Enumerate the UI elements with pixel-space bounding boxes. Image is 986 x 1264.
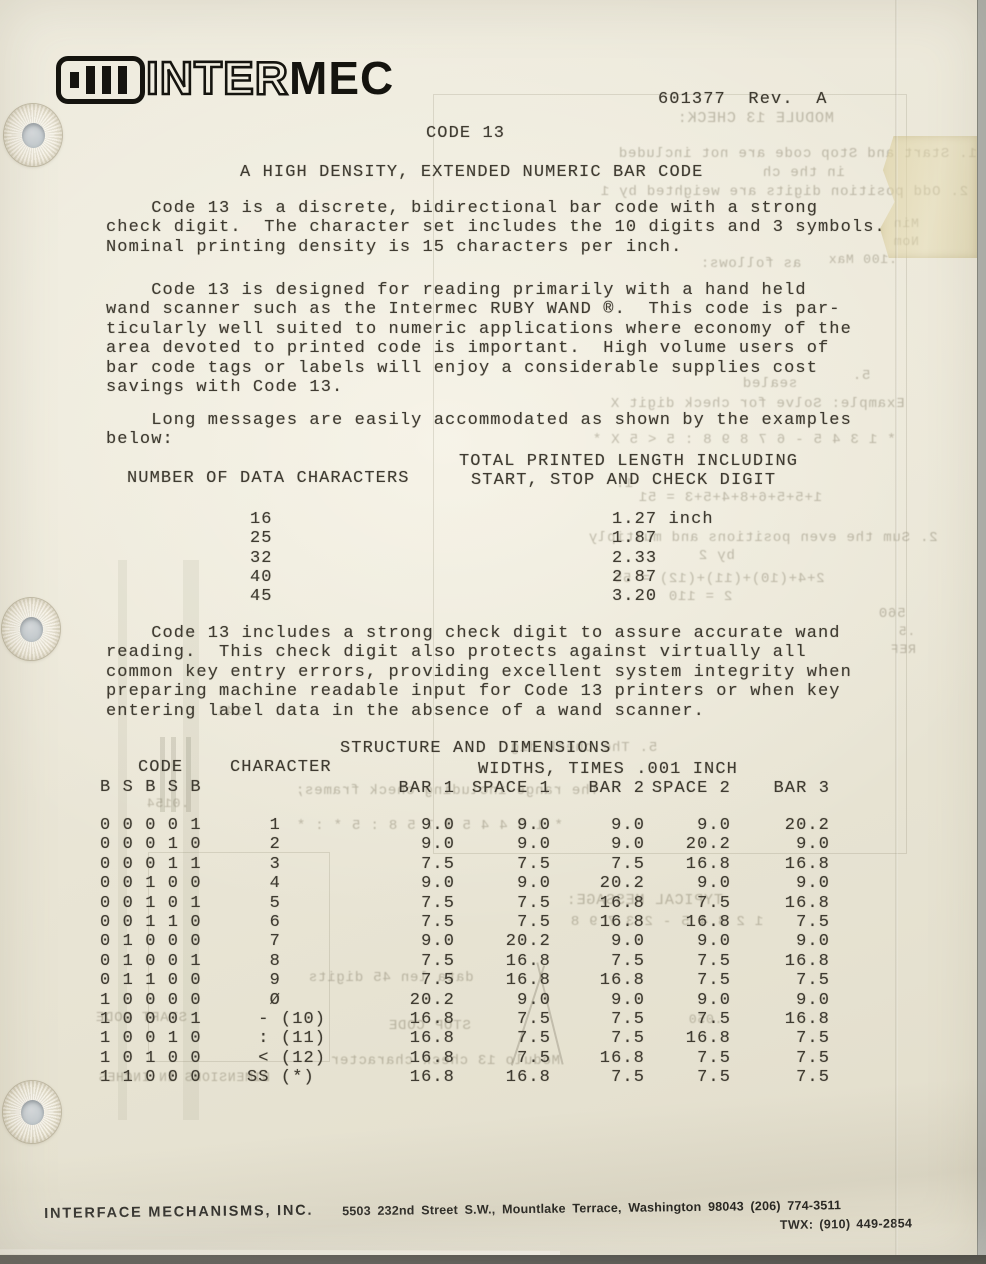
- code-bits-cell: 0 0 1 0 0: [100, 874, 202, 893]
- examples-table-row: 322.33: [0, 549, 986, 568]
- data-characters-cell: 16: [250, 510, 273, 529]
- structure-widths-label: WIDTHS, TIMES .001 INCH: [478, 760, 738, 779]
- structure-column-header: SPACE 1: [461, 779, 551, 798]
- width-value-cell: 9.0: [461, 991, 551, 1010]
- width-value-cell: 9.0: [740, 932, 830, 951]
- logo-bar: [86, 66, 95, 94]
- width-value-cell: 9.0: [641, 816, 731, 835]
- examples-table-row: 251.87: [0, 529, 986, 548]
- width-value-cell: 7.5: [461, 855, 551, 874]
- footer-twx-number: TWX: (910) 449-2854: [780, 1216, 913, 1232]
- structure-table-row: 0 1 1 0 0 97.516.816.87.57.5: [0, 971, 986, 990]
- width-value-cell: 9.0: [555, 932, 645, 951]
- width-value-cell: 7.5: [365, 894, 455, 913]
- data-characters-cell: 45: [250, 587, 273, 606]
- structure-table-row: 0 0 0 1 1 37.57.57.516.816.8: [0, 855, 986, 874]
- code-bits-cell: 1 0 1 0 0: [100, 1049, 202, 1068]
- structure-table-row: 0 0 0 0 1 19.09.09.09.020.2: [0, 816, 986, 835]
- code-bits-cell: 0 0 0 1 1: [100, 855, 202, 874]
- width-value-cell: 9.0: [740, 835, 830, 854]
- structure-table-row: 1 0 0 0 0 Ø20.29.09.09.09.0: [0, 991, 986, 1010]
- bleedthrough-text: Example: Solve for check digit X: [610, 396, 904, 412]
- character-cell: : (11): [247, 1029, 326, 1048]
- width-value-cell: 20.2: [555, 874, 645, 893]
- page-title: CODE 13: [426, 124, 505, 143]
- structure-table-row: 1 0 0 0 1 - (10)16.87.57.57.516.8: [0, 1010, 986, 1029]
- width-value-cell: 16.8: [365, 1049, 455, 1068]
- punch-hole-opening: [20, 617, 43, 642]
- bleedthrough-text: in the ch: [762, 165, 845, 181]
- character-cell: 2: [247, 835, 281, 854]
- width-value-cell: 7.5: [641, 1068, 731, 1087]
- bleedthrough-text: as follows:: [700, 256, 801, 272]
- paragraph-intro: Code 13 is a discrete, bidirectional bar…: [106, 199, 886, 257]
- bleedthrough-text: .0154: [146, 796, 189, 811]
- width-value-cell: 7.5: [461, 913, 551, 932]
- paragraph-check-digit: Code 13 includes a strong check digit to…: [106, 624, 852, 721]
- width-value-cell: 16.8: [461, 1068, 551, 1087]
- page-crease: [895, 0, 898, 1264]
- width-value-cell: 9.0: [461, 874, 551, 893]
- printed-length-cell: 2.33: [612, 549, 657, 568]
- letterhead-footer: INTERFACE MECHANISMS, INC. 5503 232nd St…: [40, 1187, 920, 1198]
- structure-table-row: 1 0 1 0 0 < (12)16.87.516.87.57.5: [0, 1049, 986, 1068]
- code-bits-cell: 0 0 1 1 0: [100, 913, 202, 932]
- width-value-cell: 7.5: [641, 894, 731, 913]
- width-value-cell: 7.5: [365, 913, 455, 932]
- footer-company-name: INTERFACE MECHANISMS, INC.: [44, 1203, 313, 1222]
- punch-hole-opening: [21, 1100, 44, 1125]
- scanner-background-edge: [977, 0, 986, 1264]
- document-number: 601377 Rev. A: [658, 90, 828, 109]
- structure-table-row: 1 0 0 1 0 : (11)16.87.57.516.87.5: [0, 1029, 986, 1048]
- width-value-cell: 16.8: [740, 894, 830, 913]
- width-value-cell: 9.0: [641, 991, 731, 1010]
- structure-table-row: 1 1 0 0 0SS (*)16.816.87.57.57.5: [0, 1068, 986, 1087]
- character-cell: 9: [247, 971, 281, 990]
- footer-address: 5503 232nd Street S.W., Mountlake Terrac…: [342, 1198, 841, 1218]
- printed-length-cell: 1.87: [612, 529, 657, 548]
- code-bits-cell: 1 0 0 1 0: [100, 1029, 202, 1048]
- data-characters-cell: 25: [250, 529, 273, 548]
- bleedthrough-text: 1+5+5+6+8+4+5+3 = 51: [638, 490, 822, 506]
- width-value-cell: 16.8: [555, 913, 645, 932]
- structure-table-row: 0 1 0 0 0 79.020.29.09.09.0: [0, 932, 986, 951]
- width-value-cell: 16.8: [365, 1010, 455, 1029]
- character-cell: 4: [247, 874, 281, 893]
- width-value-cell: 20.2: [365, 991, 455, 1010]
- width-value-cell: 9.0: [555, 835, 645, 854]
- width-value-cell: 7.5: [641, 1049, 731, 1068]
- wordmark-solid-part: MEC: [289, 52, 394, 104]
- logo-bar: [70, 72, 79, 88]
- character-cell: 3: [247, 855, 281, 874]
- width-value-cell: 7.5: [641, 971, 731, 990]
- examples-header-length-line2: START, STOP AND CHECK DIGIT: [471, 471, 776, 490]
- width-value-cell: 16.8: [740, 952, 830, 971]
- structure-title: STRUCTURE AND DIMENSIONS: [340, 739, 611, 758]
- bleedthrough-text: .5: [898, 624, 915, 639]
- code-bits-cell: 0 1 1 0 0: [100, 971, 202, 990]
- width-value-cell: 9.0: [555, 816, 645, 835]
- width-value-cell: 16.8: [365, 1029, 455, 1048]
- character-cell: 8: [247, 952, 281, 971]
- code-bits-cell: 0 0 0 0 1: [100, 816, 202, 835]
- examples-table-row: 402.87: [0, 568, 986, 587]
- width-value-cell: 7.5: [365, 952, 455, 971]
- code-bits-cell: 0 1 0 0 0: [100, 932, 202, 951]
- code-bits-cell: 1 0 0 0 0: [100, 991, 202, 1010]
- structure-table-row: 0 0 0 1 0 29.09.09.020.29.0: [0, 835, 986, 854]
- width-value-cell: 16.8: [641, 913, 731, 932]
- logo-bar: [118, 66, 127, 94]
- width-value-cell: 9.0: [641, 874, 731, 893]
- examples-table-row: 161.27 inch: [0, 510, 986, 529]
- width-value-cell: 7.5: [461, 1049, 551, 1068]
- wordmark-outline-part: INTER: [146, 52, 289, 104]
- structure-column-header: BAR 3: [740, 779, 830, 798]
- code-bits-cell: 0 1 0 0 1: [100, 952, 202, 971]
- bleedthrough-text: 560: [878, 606, 906, 622]
- width-value-cell: 7.5: [555, 1068, 645, 1087]
- character-cell: SS (*): [247, 1068, 315, 1087]
- examples-header-characters: NUMBER OF DATA CHARACTERS: [127, 469, 410, 488]
- width-value-cell: 20.2: [740, 816, 830, 835]
- code-bits-cell: 1 0 0 0 1: [100, 1010, 202, 1029]
- paragraph-wand-scanner: Code 13 is designed for reading primaril…: [106, 281, 852, 397]
- punch-hole-middle: [2, 598, 60, 660]
- width-value-cell: 9.0: [555, 991, 645, 1010]
- width-value-cell: 16.8: [641, 1029, 731, 1048]
- character-cell: 1: [247, 816, 281, 835]
- width-value-cell: 20.2: [641, 835, 731, 854]
- width-value-cell: 7.5: [740, 913, 830, 932]
- structure-code-label: CODE: [138, 758, 183, 777]
- width-value-cell: 16.8: [555, 894, 645, 913]
- width-value-cell: 7.5: [641, 952, 731, 971]
- page-subtitle: A HIGH DENSITY, EXTENDED NUMERIC BAR COD…: [240, 163, 703, 182]
- bleedthrough-text: MODULE 13 CHECK:: [677, 110, 834, 127]
- width-value-cell: 9.0: [740, 874, 830, 893]
- width-value-cell: 9.0: [740, 991, 830, 1010]
- width-value-cell: 7.5: [555, 952, 645, 971]
- character-cell: - (10): [247, 1010, 326, 1029]
- structure-column-header: BAR 2: [555, 779, 645, 798]
- structure-table-row: 0 1 0 0 1 87.516.87.57.516.8: [0, 952, 986, 971]
- data-characters-cell: 40: [250, 568, 273, 587]
- bleedthrough-text: 5.: [852, 368, 870, 384]
- logo-bar: [102, 66, 111, 94]
- bleedthrough-text: REF: [890, 642, 916, 657]
- width-value-cell: 7.5: [365, 855, 455, 874]
- width-value-cell: 7.5: [641, 1010, 731, 1029]
- width-value-cell: 7.5: [555, 855, 645, 874]
- punch-hole-opening: [22, 123, 45, 148]
- width-value-cell: 9.0: [461, 816, 551, 835]
- width-value-cell: 7.5: [740, 1068, 830, 1087]
- intermec-wordmark: INTERMEC: [146, 52, 394, 104]
- width-value-cell: 7.5: [461, 1010, 551, 1029]
- printed-length-cell: 1.27 inch: [612, 510, 714, 529]
- width-value-cell: 9.0: [461, 835, 551, 854]
- width-value-cell: 7.5: [740, 1049, 830, 1068]
- width-value-cell: 16.8: [555, 1049, 645, 1068]
- width-value-cell: 7.5: [461, 1029, 551, 1048]
- width-value-cell: 9.0: [365, 816, 455, 835]
- width-value-cell: 16.8: [365, 1068, 455, 1087]
- width-value-cell: 7.5: [461, 894, 551, 913]
- punch-hole-bottom: [3, 1081, 61, 1143]
- width-value-cell: 9.0: [365, 932, 455, 951]
- width-value-cell: 7.5: [555, 1029, 645, 1048]
- character-cell: < (12): [247, 1049, 326, 1068]
- width-value-cell: 16.8: [740, 855, 830, 874]
- width-value-cell: 7.5: [365, 971, 455, 990]
- structure-column-header: BAR 1: [365, 779, 455, 798]
- examples-table-row: 453.20: [0, 587, 986, 606]
- width-value-cell: 16.8: [555, 971, 645, 990]
- structure-bits-label: B S B S B: [100, 778, 202, 797]
- intermec-barcode-logo-icon: [56, 56, 145, 104]
- structure-character-label: CHARACTER: [230, 758, 332, 777]
- scanner-background-bottom: [0, 1255, 986, 1264]
- scanned-page: MODULE 13 CHECK:1. Start and Stop code a…: [0, 0, 986, 1264]
- width-value-cell: 20.2: [461, 932, 551, 951]
- printed-length-cell: 2.87: [612, 568, 657, 587]
- examples-header-length-line1: TOTAL PRINTED LENGTH INCLUDING: [459, 452, 798, 471]
- character-cell: 7: [247, 932, 281, 951]
- width-value-cell: 16.8: [461, 952, 551, 971]
- data-characters-cell: 32: [250, 549, 273, 568]
- code-bits-cell: 1 1 0 0 0: [100, 1068, 202, 1087]
- width-value-cell: 16.8: [641, 855, 731, 874]
- width-value-cell: 9.0: [641, 932, 731, 951]
- structure-table-row: 0 0 1 0 1 57.57.516.87.516.8: [0, 894, 986, 913]
- code-bits-cell: 0 0 0 1 0: [100, 835, 202, 854]
- character-cell: 5: [247, 894, 281, 913]
- paragraph-long-messages: Long messages are easily accommodated as…: [106, 411, 852, 450]
- punch-hole-top: [4, 104, 62, 166]
- structure-table-row: 0 0 1 1 0 67.57.516.816.87.5: [0, 913, 986, 932]
- structure-table-row: 0 0 1 0 0 49.09.020.29.09.0: [0, 874, 986, 893]
- width-value-cell: 7.5: [740, 1029, 830, 1048]
- structure-column-header: SPACE 2: [641, 779, 731, 798]
- character-cell: 6: [247, 913, 281, 932]
- width-value-cell: 16.8: [740, 1010, 830, 1029]
- width-value-cell: 7.5: [740, 971, 830, 990]
- width-value-cell: 16.8: [461, 971, 551, 990]
- width-value-cell: 7.5: [555, 1010, 645, 1029]
- width-value-cell: 9.0: [365, 835, 455, 854]
- width-value-cell: 9.0: [365, 874, 455, 893]
- character-cell: Ø: [247, 991, 281, 1010]
- printed-length-cell: 3.20: [612, 587, 657, 606]
- code-bits-cell: 0 0 1 0 1: [100, 894, 202, 913]
